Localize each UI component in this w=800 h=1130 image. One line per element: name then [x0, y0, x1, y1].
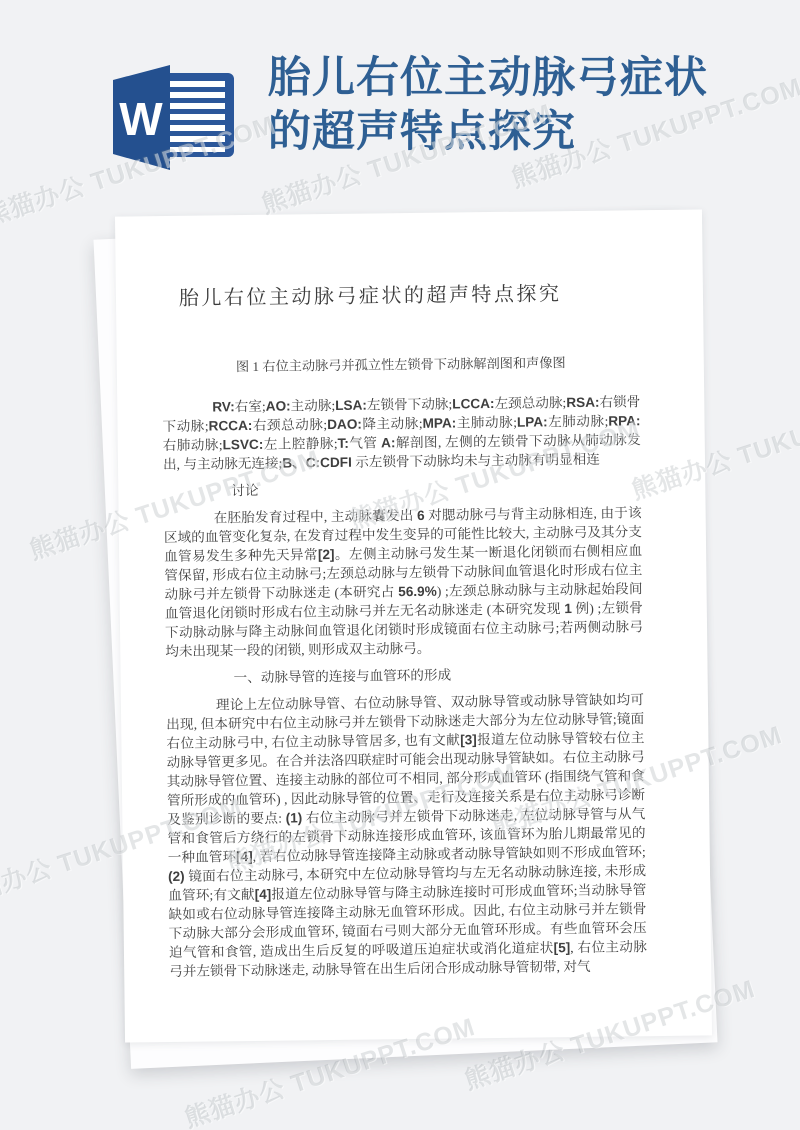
page-title: 胎儿右位主动脉弓症状的超声特点探究	[268, 52, 746, 160]
abbreviation-paragraph: RV:右室;AO:主动脉;LSA:左锁骨下动脉;LCCA:左颈总动脉;RSA:右…	[162, 392, 641, 474]
document-title: 胎儿右位主动脉弓症状的超声特点探究	[179, 276, 639, 311]
document-preview: W 胎儿右位主动脉弓症状的超声特点探究 胎儿右位主动脉弓症状的超声特点探究 图 …	[0, 0, 800, 1130]
word-letter: W	[119, 93, 163, 145]
section-paragraph-1: 理论上左位动脉导管、右位动脉导管、双动脉导管或动脉导管缺如均可出现, 但本研究中…	[166, 690, 647, 981]
section-heading-1: 一、动脉导管的连接与血管环的形成	[166, 663, 644, 688]
paper-page: 胎儿右位主动脉弓症状的超声特点探究 图 1 右位主动脉弓并孤立性左锁骨下动脉解剖…	[115, 209, 712, 1042]
discussion-paragraph-1: 在胚胎发育过程中, 主动脉囊发出 6 对腮动脉弓与背主动脉相连, 由于该区域的血…	[164, 503, 644, 661]
discussion-heading: 讨论	[163, 476, 641, 501]
page-content: 胎儿右位主动脉弓症状的超声特点探究 图 1 右位主动脉弓并孤立性左锁骨下动脉解剖…	[116, 275, 713, 1108]
article-body: RV:右室;AO:主动脉;LSA:左锁骨下动脉;LCCA:左颈总动脉;RSA:右…	[162, 392, 647, 981]
figure-caption: 图 1 右位主动脉弓并孤立性左锁骨下动脉解剖图和声像图	[162, 351, 640, 376]
word-icon: W	[108, 62, 238, 174]
